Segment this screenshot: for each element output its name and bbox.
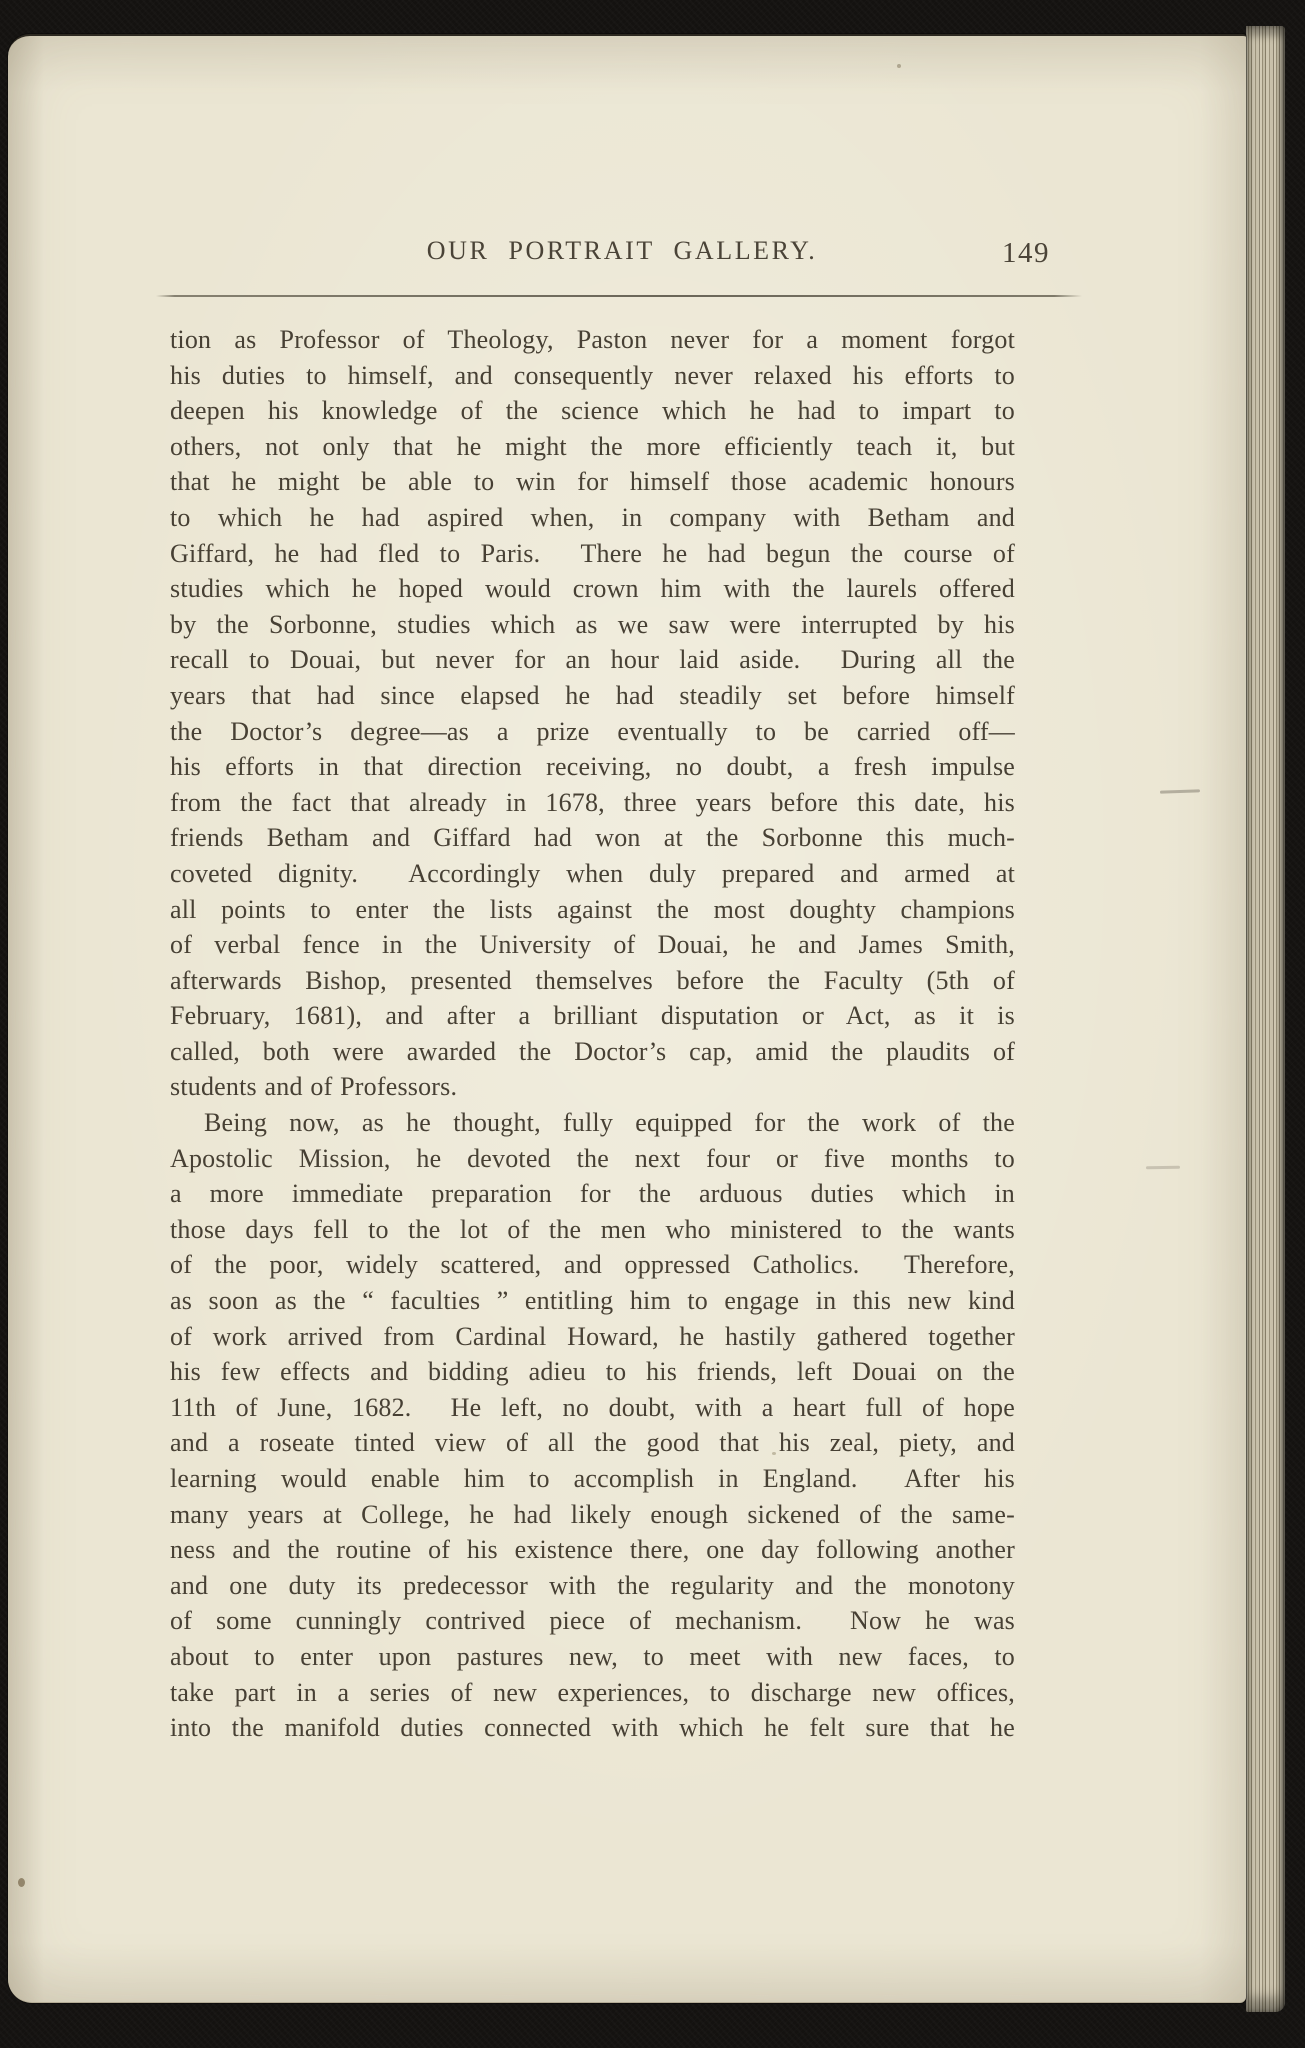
text-line: a more immediate preparation for the ard… — [170, 1176, 1015, 1212]
text-line: those days fell to the lot of the men wh… — [170, 1212, 1015, 1248]
book-page: OUR PORTRAIT GALLERY. 149 tion as Profes… — [8, 34, 1246, 2003]
text-line: many years at College, he had likely eno… — [170, 1497, 1015, 1533]
text-line: years that had since elapsed he had stea… — [170, 678, 1015, 714]
text-line: Giffard, he had fled to Paris. There he … — [170, 536, 1015, 572]
text-line: to which he had aspired when, in company… — [170, 500, 1015, 536]
text-line: recall to Douai, but never for an hour l… — [170, 642, 1015, 678]
text-line: take part in a series of new experiences… — [170, 1675, 1015, 1711]
text-line: and a roseate tinted view of all the goo… — [170, 1425, 1015, 1461]
pencil-mark — [1146, 1166, 1180, 1170]
text-line: learning would enable him to accomplish … — [170, 1461, 1015, 1497]
fore-edge-pages — [1246, 26, 1285, 2012]
text-line: all points to enter the lists against th… — [170, 892, 1015, 928]
text-line: students and of Professors. — [170, 1069, 1015, 1105]
text-line: his few effects and bidding adieu to his… — [170, 1354, 1015, 1390]
text-line: called, both were awarded the Doctor’s c… — [170, 1034, 1015, 1070]
paragraph: tion as Professor of Theology, Paston ne… — [170, 322, 1015, 1105]
pencil-mark — [1160, 789, 1200, 793]
paragraph: Being now, as he thought, fully equipped… — [170, 1105, 1015, 1746]
text-line: Apostolic Mission, he devoted the next f… — [170, 1141, 1015, 1177]
text-line: ness and the routine of his existence th… — [170, 1532, 1015, 1568]
text-line: Being now, as he thought, fully equipped… — [170, 1105, 1015, 1141]
text-line: into the manifold duties connected with … — [170, 1710, 1015, 1746]
text-line: that he might be able to win for himself… — [170, 464, 1015, 500]
header-rule — [156, 295, 1082, 297]
text-line: of work arrived from Cardinal Howard, he… — [170, 1319, 1015, 1355]
text-line: his efforts in that direction receiving,… — [170, 749, 1015, 785]
text-line: his duties to himself, and consequently … — [170, 358, 1015, 394]
text-line: by the Sorbonne, studies which as we saw… — [170, 607, 1015, 643]
text-line: 11th of June, 1682. He left, no doubt, w… — [170, 1390, 1015, 1426]
text-line: as soon as the “ faculties ” entitling h… — [170, 1283, 1015, 1319]
text-line: coveted dignity. Accordingly when duly p… — [170, 856, 1015, 892]
text-block: tion as Professor of Theology, Paston ne… — [170, 322, 1015, 1746]
page-speck — [18, 1878, 25, 1887]
text-line: deepen his knowledge of the science whic… — [170, 393, 1015, 429]
running-head-title: OUR PORTRAIT GALLERY. — [427, 236, 818, 266]
text-line: of verbal fence in the University of Dou… — [170, 927, 1015, 963]
page-speck — [897, 64, 901, 68]
text-line: afterwards Bishop, presented themselves … — [170, 963, 1015, 999]
page-number: 149 — [1002, 237, 1050, 270]
text-line: about to enter upon pastures new, to mee… — [170, 1639, 1015, 1675]
text-line: of some cunningly contrived piece of mec… — [170, 1603, 1015, 1639]
text-line: tion as Professor of Theology, Paston ne… — [170, 322, 1015, 358]
text-line: studies which he hoped would crown him w… — [170, 571, 1015, 607]
text-line: friends Betham and Giffard had won at th… — [170, 820, 1015, 856]
scan-background: OUR PORTRAIT GALLERY. 149 tion as Profes… — [0, 0, 1305, 2048]
text-line: and one duty its predecessor with the re… — [170, 1568, 1015, 1604]
text-line: others, not only that he might the more … — [170, 429, 1015, 465]
text-line: the Doctor’s degree—as a prize eventuall… — [170, 714, 1015, 750]
text-line: from the fact that already in 1678, thre… — [170, 785, 1015, 821]
text-line: of the poor, widely scattered, and oppre… — [170, 1247, 1015, 1283]
text-line: February, 1681), and after a brilliant d… — [170, 998, 1015, 1034]
